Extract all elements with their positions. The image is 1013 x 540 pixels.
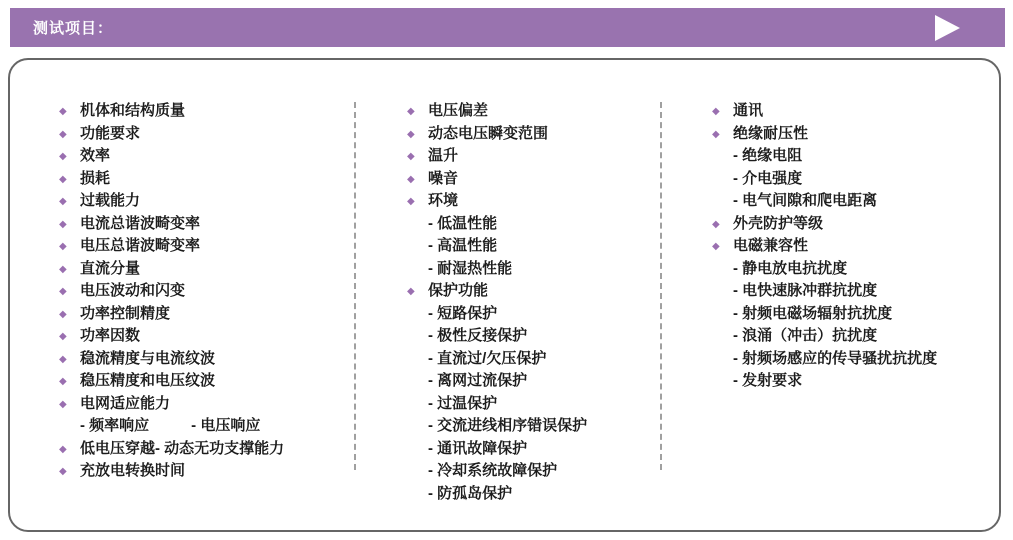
list-item-label: 直流分量	[80, 260, 140, 277]
list-sub-item-label: - 冷却系统故障保护	[428, 462, 557, 479]
list-item: ◆通讯	[712, 100, 937, 123]
list-sub-item-label: - 电气间隙和爬电距离	[733, 192, 877, 209]
list-item: ◆电压总谐波畸变率	[59, 235, 284, 258]
diamond-bullet-icon: ◆	[407, 169, 428, 192]
diamond-bullet-icon: ◆	[59, 371, 80, 394]
list-item: ◆保护功能	[407, 280, 587, 303]
header-bar: 测试项目：	[10, 8, 1005, 47]
list-sub-item: - 绝缘电阻	[712, 145, 937, 168]
list-item-label: 动态电压瞬变范围	[428, 125, 548, 142]
list-sub-item: - 离网过流保护	[407, 370, 587, 393]
list-item-label: 机体和结构质量	[80, 102, 185, 119]
diamond-bullet-icon: ◆	[712, 101, 733, 124]
list-item-label: 绝缘耐压性	[733, 125, 808, 142]
page-title: 测试项目：	[10, 17, 113, 38]
diamond-bullet-icon: ◆	[407, 191, 428, 214]
diamond-bullet-icon: ◆	[59, 394, 80, 417]
list-sub-item-label: - 离网过流保护	[428, 372, 527, 389]
list-sub-item: - 直流过/欠压保护	[407, 348, 587, 371]
diamond-bullet-icon: ◆	[59, 281, 80, 304]
list-column: ◆电压偏差◆动态电压瞬变范围◆温升◆噪音◆环境- 低温性能- 高温性能- 耐湿热…	[407, 100, 587, 505]
list-item: ◆功能要求	[59, 123, 284, 146]
diamond-bullet-icon: ◆	[59, 124, 80, 147]
list-sub-item-label: - 浪涌（冲击）抗扰度	[733, 327, 877, 344]
diamond-bullet-icon: ◆	[407, 124, 428, 147]
list-sub-item: - 极性反接保护	[407, 325, 587, 348]
list-sub-item-label: - 极性反接保护	[428, 327, 527, 344]
list-sub-item-label: - 高温性能	[428, 237, 497, 254]
list-item: ◆功率因数	[59, 325, 284, 348]
list-item-label: 低电压穿越- 动态无功支撑能力	[80, 440, 284, 457]
diamond-bullet-icon: ◆	[407, 281, 428, 304]
diamond-bullet-icon: ◆	[59, 349, 80, 372]
list-item-label: 充放电转换时间	[80, 462, 185, 479]
list-item-label: 电压波动和闪变	[80, 282, 185, 299]
list-sub-item: - 通讯故障保护	[407, 438, 587, 461]
list-sub-item-label: - 直流过/欠压保护	[428, 350, 546, 367]
list-item-label: 噪音	[428, 170, 458, 187]
list-item: ◆温升	[407, 145, 587, 168]
list-sub-item: - 电气间隙和爬电距离	[712, 190, 937, 213]
list-sub-item: - 过温保护	[407, 393, 587, 416]
list-sub-item-label: - 发射要求	[733, 372, 802, 389]
diamond-bullet-icon: ◆	[59, 101, 80, 124]
list-item: ◆低电压穿越- 动态无功支撑能力	[59, 438, 284, 461]
list-sub-item: - 频率响应- 电压响应	[59, 415, 284, 438]
diamond-bullet-icon: ◆	[407, 101, 428, 124]
diamond-bullet-icon: ◆	[59, 461, 80, 484]
list-item-label: 外壳防护等级	[733, 215, 823, 232]
list-item: ◆电磁兼容性	[712, 235, 937, 258]
list-sub-item: - 低温性能	[407, 213, 587, 236]
list-item-label: 温升	[428, 147, 458, 164]
list-sub-item: - 静电放电抗扰度	[712, 258, 937, 281]
list-sub-item-label: - 频率响应	[80, 417, 149, 434]
list-sub-item: - 射频场感应的传导骚扰抗扰度	[712, 348, 937, 371]
list-item-label: 通讯	[733, 102, 763, 119]
list-item: ◆效率	[59, 145, 284, 168]
list-item: ◆机体和结构质量	[59, 100, 284, 123]
column-divider	[354, 102, 356, 470]
list-item-label: 环境	[428, 192, 458, 209]
list-sub-item-label: - 低温性能	[428, 215, 497, 232]
list-item-label: 电压偏差	[428, 102, 488, 119]
list-sub-item-label: - 短路保护	[428, 305, 497, 322]
list-item-label: 电网适应能力	[80, 395, 170, 412]
list-sub-item-label: - 耐湿热性能	[428, 260, 512, 277]
list-sub-item: - 耐湿热性能	[407, 258, 587, 281]
list-item: ◆电网适应能力	[59, 393, 284, 416]
diamond-bullet-icon: ◆	[59, 259, 80, 282]
diamond-bullet-icon: ◆	[712, 236, 733, 259]
list-sub-item-label: - 电快速脉冲群抗扰度	[733, 282, 877, 299]
diamond-bullet-icon: ◆	[712, 124, 733, 147]
list-item: ◆充放电转换时间	[59, 460, 284, 483]
list-column: ◆通讯◆绝缘耐压性- 绝缘电阻- 介电强度- 电气间隙和爬电距离◆外壳防护等级◆…	[712, 100, 937, 393]
diamond-bullet-icon: ◆	[59, 169, 80, 192]
list-item: ◆直流分量	[59, 258, 284, 281]
test-items-panel: ◆机体和结构质量◆功能要求◆效率◆损耗◆过载能力◆电流总谐波畸变率◆电压总谐波畸…	[8, 58, 1001, 532]
list-item-label: 电压总谐波畸变率	[80, 237, 200, 254]
list-item: ◆环境	[407, 190, 587, 213]
list-sub-item: - 发射要求	[712, 370, 937, 393]
list-item-label: 效率	[80, 147, 110, 164]
list-item-label: 电流总谐波畸变率	[80, 215, 200, 232]
diamond-bullet-icon: ◆	[59, 191, 80, 214]
list-item-label: 过载能力	[80, 192, 140, 209]
play-triangle-icon	[935, 15, 960, 41]
list-sub-item-label: - 静电放电抗扰度	[733, 260, 847, 277]
list-sub-item: - 防孤岛保护	[407, 483, 587, 506]
list-item-label: 功能要求	[80, 125, 140, 142]
list-sub-item: - 浪涌（冲击）抗扰度	[712, 325, 937, 348]
list-item-label: 保护功能	[428, 282, 488, 299]
list-column: ◆机体和结构质量◆功能要求◆效率◆损耗◆过载能力◆电流总谐波畸变率◆电压总谐波畸…	[59, 100, 284, 483]
list-item-label: 功率因数	[80, 327, 140, 344]
list-sub-item: - 射频电磁场辐射抗扰度	[712, 303, 937, 326]
column-divider	[660, 102, 662, 470]
list-item-label: 稳流精度与电流纹波	[80, 350, 215, 367]
diamond-bullet-icon: ◆	[59, 304, 80, 327]
list-sub-item-label: - 射频场感应的传导骚扰抗扰度	[733, 350, 937, 367]
list-sub-item: - 高温性能	[407, 235, 587, 258]
list-item: ◆稳压精度和电压纹波	[59, 370, 284, 393]
list-item-label: 稳压精度和电压纹波	[80, 372, 215, 389]
list-item: ◆动态电压瞬变范围	[407, 123, 587, 146]
list-item: ◆电流总谐波畸变率	[59, 213, 284, 236]
list-item: ◆功率控制精度	[59, 303, 284, 326]
list-item: ◆电压偏差	[407, 100, 587, 123]
list-item: ◆电压波动和闪变	[59, 280, 284, 303]
list-item: ◆稳流精度与电流纹波	[59, 348, 284, 371]
diamond-bullet-icon: ◆	[59, 214, 80, 237]
list-sub-item: - 交流进线相序错误保护	[407, 415, 587, 438]
list-sub-item-label: - 防孤岛保护	[428, 485, 512, 502]
list-sub-item-label: - 电压响应	[191, 417, 260, 434]
list-item: ◆损耗	[59, 168, 284, 191]
list-sub-item: - 短路保护	[407, 303, 587, 326]
diamond-bullet-icon: ◆	[59, 236, 80, 259]
list-sub-item-label: - 交流进线相序错误保护	[428, 417, 587, 434]
list-sub-item-label: - 介电强度	[733, 170, 802, 187]
list-sub-item-label: - 绝缘电阻	[733, 147, 802, 164]
list-sub-item-label: - 射频电磁场辐射抗扰度	[733, 305, 892, 322]
list-item: ◆噪音	[407, 168, 587, 191]
diamond-bullet-icon: ◆	[712, 214, 733, 237]
diamond-bullet-icon: ◆	[59, 439, 80, 462]
list-item: ◆外壳防护等级	[712, 213, 937, 236]
diamond-bullet-icon: ◆	[59, 146, 80, 169]
list-item: ◆绝缘耐压性	[712, 123, 937, 146]
diamond-bullet-icon: ◆	[407, 146, 428, 169]
list-item-label: 功率控制精度	[80, 305, 170, 322]
list-sub-item-label: - 通讯故障保护	[428, 440, 527, 457]
list-sub-item: - 冷却系统故障保护	[407, 460, 587, 483]
list-item: ◆过载能力	[59, 190, 284, 213]
list-item-label: 损耗	[80, 170, 110, 187]
diamond-bullet-icon: ◆	[59, 326, 80, 349]
list-sub-item: - 电快速脉冲群抗扰度	[712, 280, 937, 303]
list-item-label: 电磁兼容性	[733, 237, 808, 254]
list-sub-item-label: - 过温保护	[428, 395, 497, 412]
list-sub-item: - 介电强度	[712, 168, 937, 191]
